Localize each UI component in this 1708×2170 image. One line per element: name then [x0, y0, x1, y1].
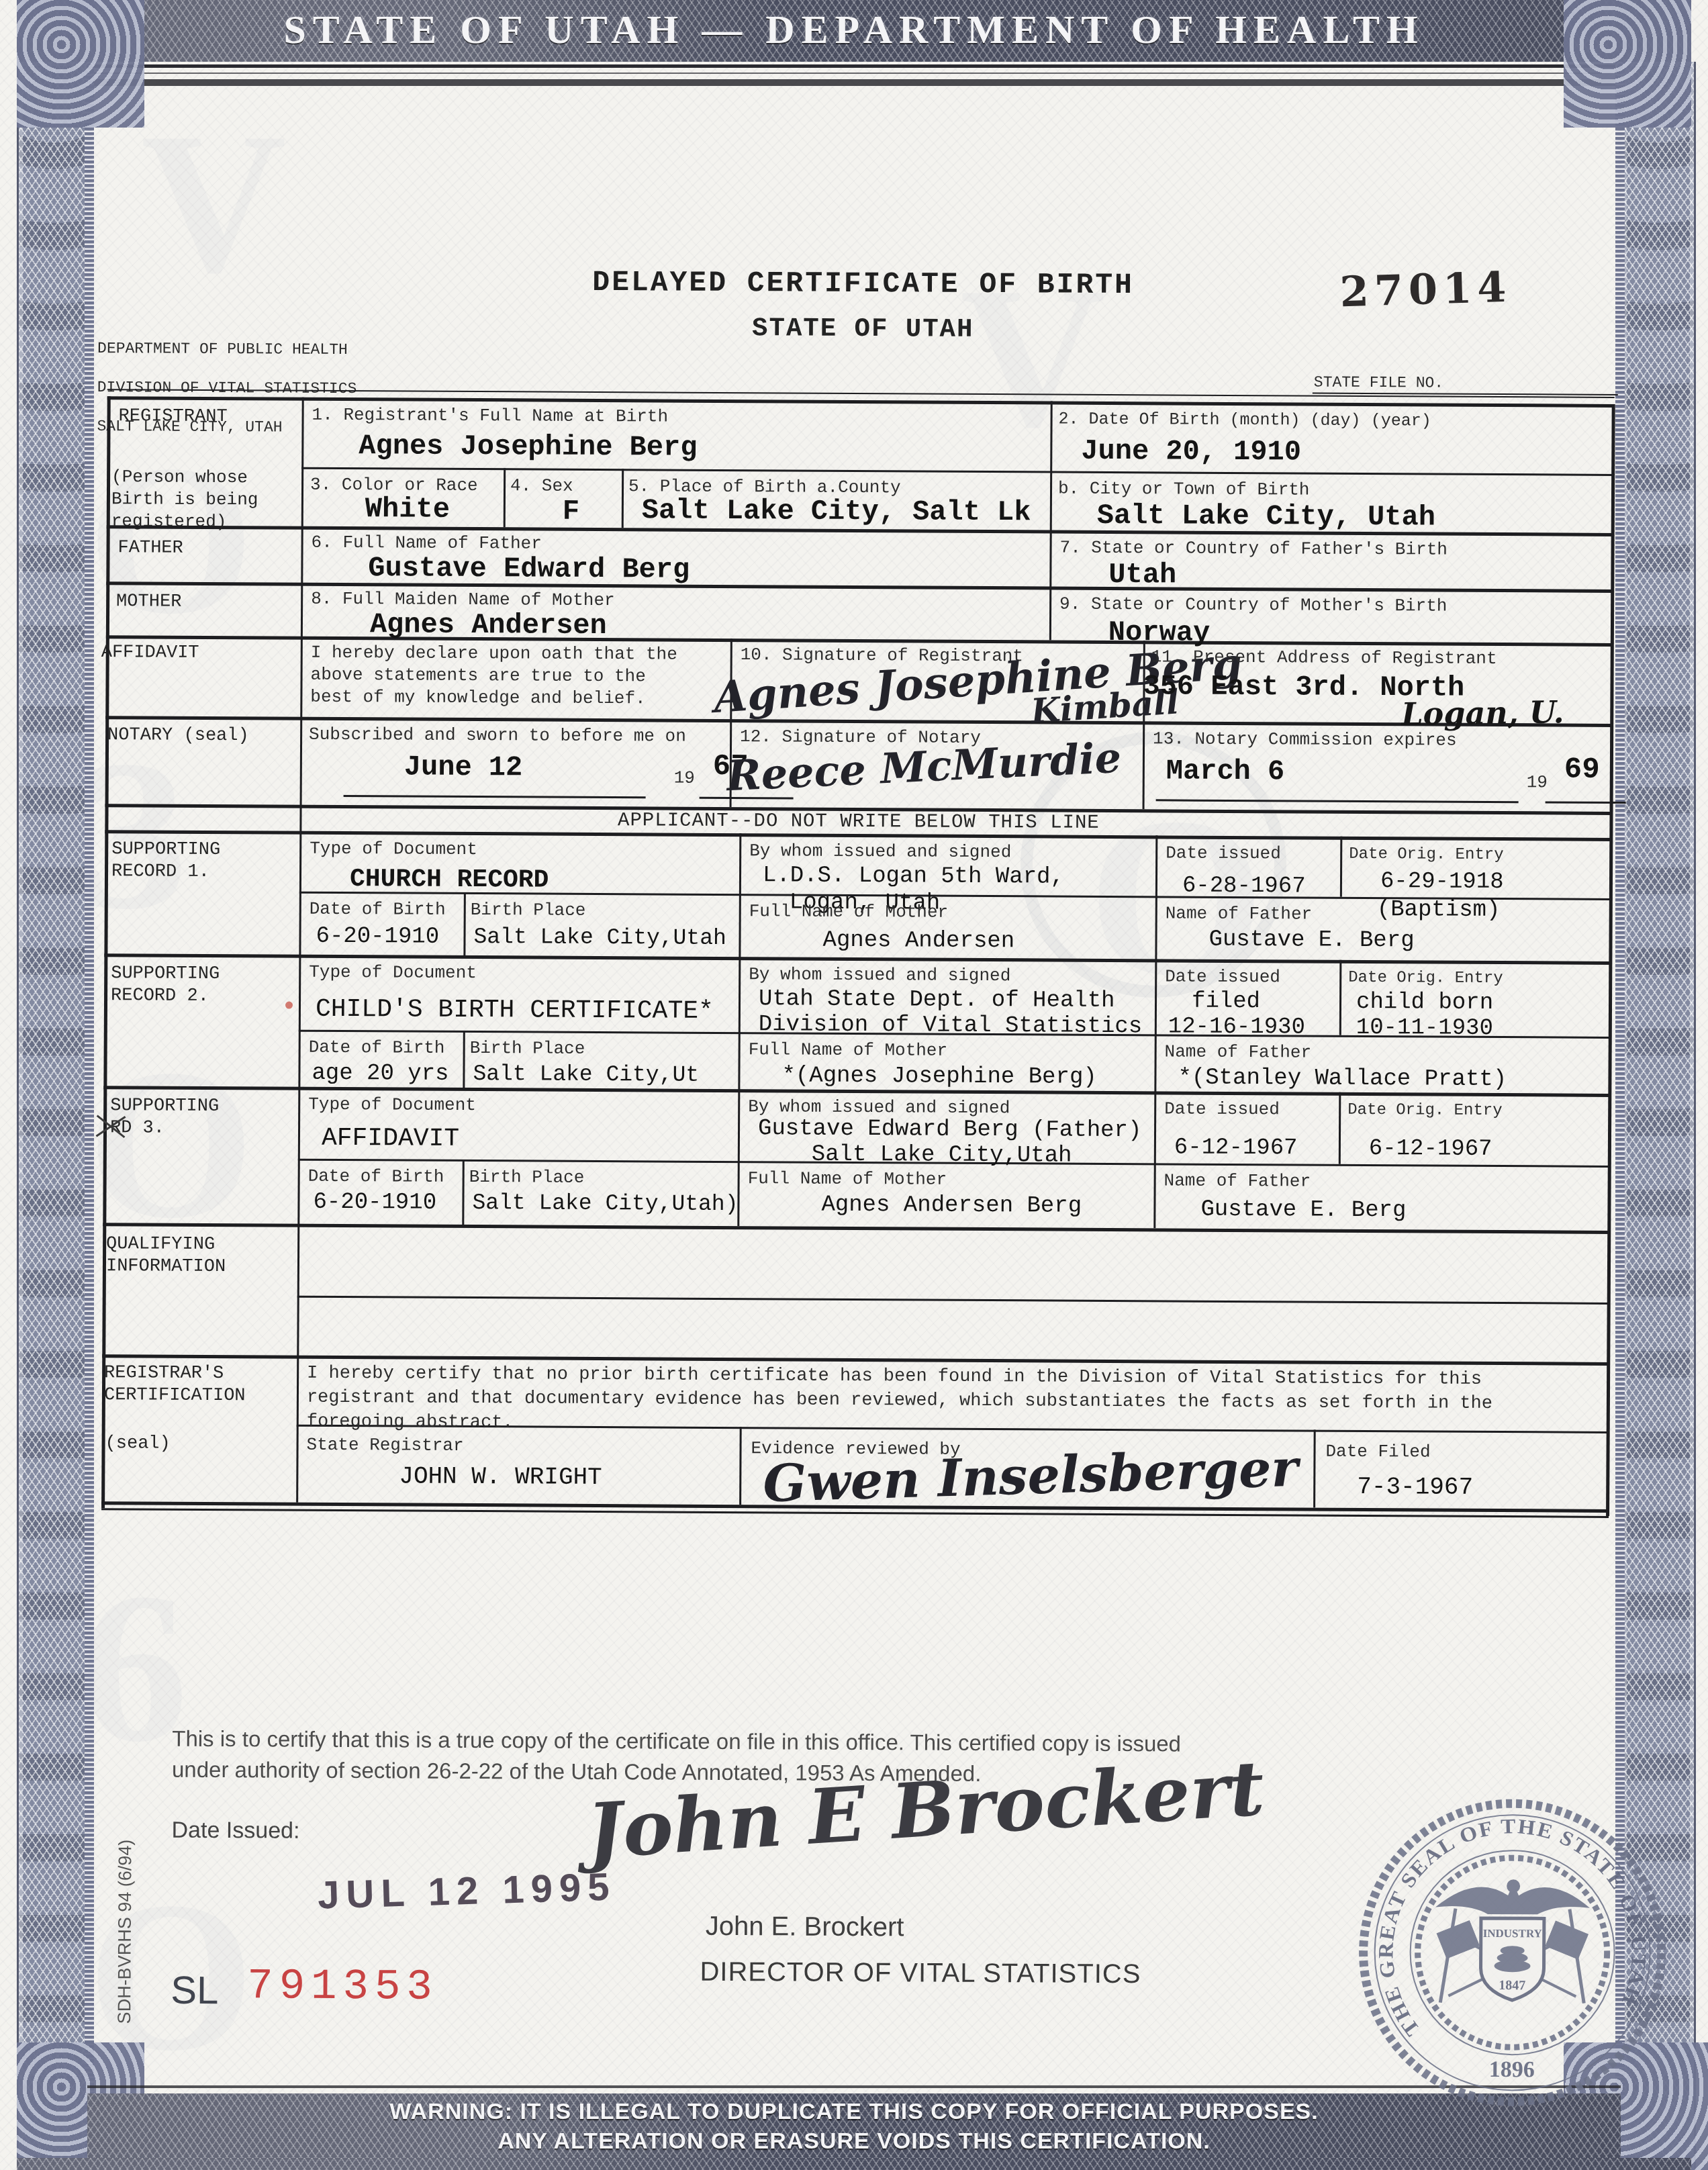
record2-type-value: CHILD'S BIRTH CERTIFICATE* [316, 995, 714, 1026]
notary-sworn-text: Subscribed and sworn to before me on [309, 724, 686, 748]
field-8-value: Agnes Andersen [370, 608, 607, 642]
field-2-label: 2. Date Of Birth (month) (day) (year) [1059, 408, 1431, 432]
record3-type-header: Type of Document [308, 1094, 476, 1117]
section-sublabel-registrant: (Person whose Birth is being registered) [111, 466, 258, 533]
record2-bywhom-line1: Utah State Dept. of Health [759, 986, 1115, 1014]
record2-bywhom-header: By whom issued and signed [749, 963, 1010, 987]
state-registrar-label: State Registrar [306, 1434, 463, 1457]
record1-dateorig-header: Date Orig. Entry [1349, 843, 1504, 866]
record3-father-header: Name of Father [1164, 1170, 1311, 1192]
grid-line [1313, 1430, 1316, 1508]
notary-date-value: June 12 [404, 751, 523, 784]
notary-expires-date: March 6 [1166, 755, 1285, 788]
record3-birthplace-header: Birth Place [469, 1166, 585, 1189]
date-issued-label: Date Issued: [171, 1818, 299, 1844]
record3-mother-header: Full Name of Mother [748, 1168, 947, 1191]
grid-line [463, 1031, 465, 1088]
grid-line [101, 396, 111, 1508]
certificate-page: STATE OF UTAH — DEPARTMENT OF HEALTH WAR… [0, 0, 1708, 2170]
record3-father-value: Gustave E. Berg [1200, 1197, 1406, 1224]
director-printed-name: John E. Brockert [706, 1912, 904, 1943]
grid-line [103, 1223, 1610, 1234]
record1-type-value: CHURCH RECORD [350, 865, 549, 895]
record3-dateorig-header: Date Orig. Entry [1347, 1099, 1503, 1122]
record3-dob-header: Date of Birth [308, 1166, 444, 1188]
record2-dateorig-top: child born [1356, 990, 1493, 1016]
field-11-handwritten-city: Logan, U. [1401, 694, 1564, 732]
record2-dob-value: age 20 yrs [312, 1061, 448, 1087]
record2-dateissued-value: 12-16-1930 [1168, 1014, 1305, 1040]
field-2-value: June 20, 1910 [1081, 435, 1301, 469]
section-label-father: FATHER [117, 537, 183, 560]
record3-pen-mark [93, 1111, 127, 1144]
grid-line [1156, 799, 1519, 803]
grid-line [296, 397, 304, 1503]
field-6-value: Gustave Edward Berg [368, 552, 690, 586]
section-label-registrant: REGISTRANT [119, 406, 228, 428]
state-registrar-name: JOHN W. WRIGHT [399, 1462, 602, 1491]
document-subtitle: STATE OF UTAH [473, 312, 1252, 346]
seal-year-1896: 1896 [1489, 2057, 1535, 2082]
date-filed-label: Date Filed [1325, 1441, 1430, 1464]
grid-line [622, 469, 624, 528]
record1-father-header: Name of Father [1166, 902, 1313, 925]
record3-type-value: AFFIDAVIT [322, 1124, 459, 1153]
document-title: DELAYED CERTIFICATE OF BIRTH [474, 265, 1253, 302]
document-content: DEPARTMENT OF PUBLIC HEALTH DIVISION OF … [0, 0, 1708, 2170]
field-5b-value: Salt Lake City, Utah [1097, 500, 1435, 534]
dept-line-1: DEPARTMENT OF PUBLIC HEALTH [97, 340, 348, 359]
record1-dateorig-value: (Baptism) [1377, 897, 1501, 923]
grid-line [1339, 1092, 1341, 1164]
record1-dateissued-value: 6-28-1967 [1182, 874, 1306, 900]
registrar-seal-note: (seal) [105, 1433, 170, 1456]
record3-birthplace-value: Salt Lake City,Utah) [472, 1190, 738, 1217]
section-label-registrar-certification: REGISTRAR'S CERTIFICATION [104, 1362, 246, 1407]
field-6-label: 6. Full Name of Father [312, 532, 542, 555]
expires-year-value: 69 [1564, 753, 1600, 787]
record1-bywhom-header: By whom issued and signed [749, 840, 1011, 863]
seal-industry-text: INDUSTRY [1483, 1927, 1542, 1940]
grid-line [463, 892, 465, 955]
record1-bywhom-line1: L.D.S. Logan 5th Ward, [763, 863, 1064, 890]
record2-father-header: Name of Father [1165, 1041, 1312, 1064]
seal-year-1847: 1847 [1499, 1978, 1525, 1993]
grid-line [297, 1296, 1610, 1305]
record2-mother-value: *(Agnes Josephine Berg) [781, 1063, 1096, 1090]
record1-dateorig-value-top: 6-29-1918 [1380, 869, 1504, 895]
field-9-label: 9. State or Country of Mother's Birth [1059, 594, 1447, 618]
field-1-label: 1. Registrant's Full Name at Birth [312, 404, 669, 428]
field-4-value: F [563, 496, 579, 528]
record2-dateorig-value: 10-11-1930 [1356, 1015, 1493, 1041]
field-4-label: 4. Sex [510, 475, 573, 497]
serial-prefix: SL [171, 1968, 218, 2013]
record2-father-value: *(Stanley Wallace Pratt) [1178, 1066, 1507, 1093]
record2-birthplace-value: Salt Lake City,Ut [473, 1062, 699, 1088]
great-seal-of-utah: THE GREAT SEAL OF THE STATE OF UTAH 1896… [1354, 1794, 1670, 2111]
expires-year-prefix: 19 [1527, 771, 1548, 794]
grid-line [739, 1427, 742, 1505]
section-label-mother: MOTHER [116, 591, 181, 614]
record3-dateorig-value: 6-12-1967 [1369, 1136, 1492, 1162]
record1-dob-header: Date of Birth [310, 898, 446, 921]
grid-line [1153, 835, 1157, 1228]
dept-line-2: DIVISION OF VITAL STATISTICS [97, 379, 357, 397]
form-code-vertical: SDH-BVRHS 94 (6/94) [114, 1735, 136, 2024]
record2-section-label: SUPPORTING RECORD 2. [111, 963, 220, 1008]
date-filed-value: 7-3-1967 [1357, 1473, 1473, 1501]
grid-line [1340, 837, 1342, 897]
record1-dob-value: 6-20-1910 [316, 924, 439, 950]
record2-red-mark [285, 1002, 293, 1009]
section-label-notary: NOTARY (seal) [107, 724, 249, 747]
field-5b-label: b. City or Town of Birth [1058, 478, 1310, 502]
record2-birthplace-header: Birth Place [470, 1037, 585, 1060]
grid-line [1546, 801, 1626, 804]
record1-birthplace-value: Salt Lake City,Utah [473, 925, 726, 951]
record2-dob-header: Date of Birth [309, 1037, 445, 1059]
grid-line [737, 833, 741, 1226]
record1-type-header: Type of Document [310, 838, 477, 861]
registrar-certification-text: I hereby certify that no prior birth cer… [307, 1362, 1617, 1441]
record3-bywhom-line1: Gustave Edward Berg (Father) [758, 1116, 1141, 1143]
record2-dateissued-top: filed [1192, 989, 1260, 1015]
grid-line [504, 468, 506, 527]
field-3-value: White [365, 493, 450, 526]
seal-eagle-icon [1435, 1879, 1590, 1915]
section-label-affidavit: AFFIDAVIT [101, 642, 199, 665]
record1-mother-value: Agnes Andersen [822, 928, 1014, 954]
grid-line [1049, 402, 1053, 641]
record2-bywhom-line2: Division of Vital Statistics [759, 1012, 1142, 1039]
record3-dob-value: 6-20-1910 [313, 1190, 436, 1216]
section-label-qualifying: QUALIFYING INFORMATION [106, 1233, 226, 1278]
field-5-value: Salt Lake City, Salt Lk [642, 494, 1031, 528]
record1-birthplace-header: Birth Place [471, 899, 586, 922]
record3-bywhom-line2: Salt Lake City,Utah [812, 1142, 1072, 1169]
record3-dateissued-value: 6-12-1967 [1174, 1135, 1298, 1162]
record1-mother-header: Full Name of Mother [749, 900, 949, 924]
record1-dateissued-header: Date issued [1166, 842, 1281, 865]
field-1-value: Agnes Josephine Berg [359, 430, 697, 464]
record2-dateissued-header: Date issued [1165, 965, 1280, 988]
grid-line [462, 1160, 465, 1225]
grid-line [1606, 404, 1615, 1516]
file-number-stamp: 27014 [1339, 263, 1513, 317]
date-issued-stamp: JUL 12 1995 [317, 1864, 616, 1918]
affidavit-declaration-text: I hereby declare upon oath that the abov… [310, 642, 677, 710]
field-8-label: 8. Full Maiden Name of Mother [311, 588, 615, 612]
record3-dateissued-header: Date issued [1164, 1098, 1280, 1121]
grid-line [301, 467, 1614, 476]
seal-shield-icon: INDUSTRY 1847 [1480, 1918, 1544, 2000]
field-7-label: 7. State or Country of Father's Birth [1059, 537, 1447, 561]
field-7-value: Utah [1108, 559, 1176, 592]
record2-type-header: Type of Document [309, 961, 477, 984]
record2-mother-header: Full Name of Mother [749, 1039, 948, 1062]
grid-line [344, 795, 646, 798]
notary-year-prefix: 19 [674, 767, 695, 790]
record1-section-label: SUPPORTING RECORD 1. [111, 839, 220, 884]
record2-dateorig-header: Date Orig. Entry [1348, 967, 1503, 990]
grid-line [1339, 960, 1342, 1035]
field-11-label: 11. Present Address of Registrant [1151, 646, 1497, 670]
field-13-label: 13. Notary Commission expires [1153, 728, 1457, 751]
record3-mother-value: Agnes Andersen Berg [821, 1192, 1082, 1219]
serial-number: 791353 [247, 1963, 438, 2012]
director-title: DIRECTOR OF VITAL STATISTICS [700, 1957, 1141, 1989]
state-file-no-label: STATE FILE NO. [1314, 372, 1443, 395]
record1-father-value: Gustave E. Berg [1208, 927, 1414, 954]
